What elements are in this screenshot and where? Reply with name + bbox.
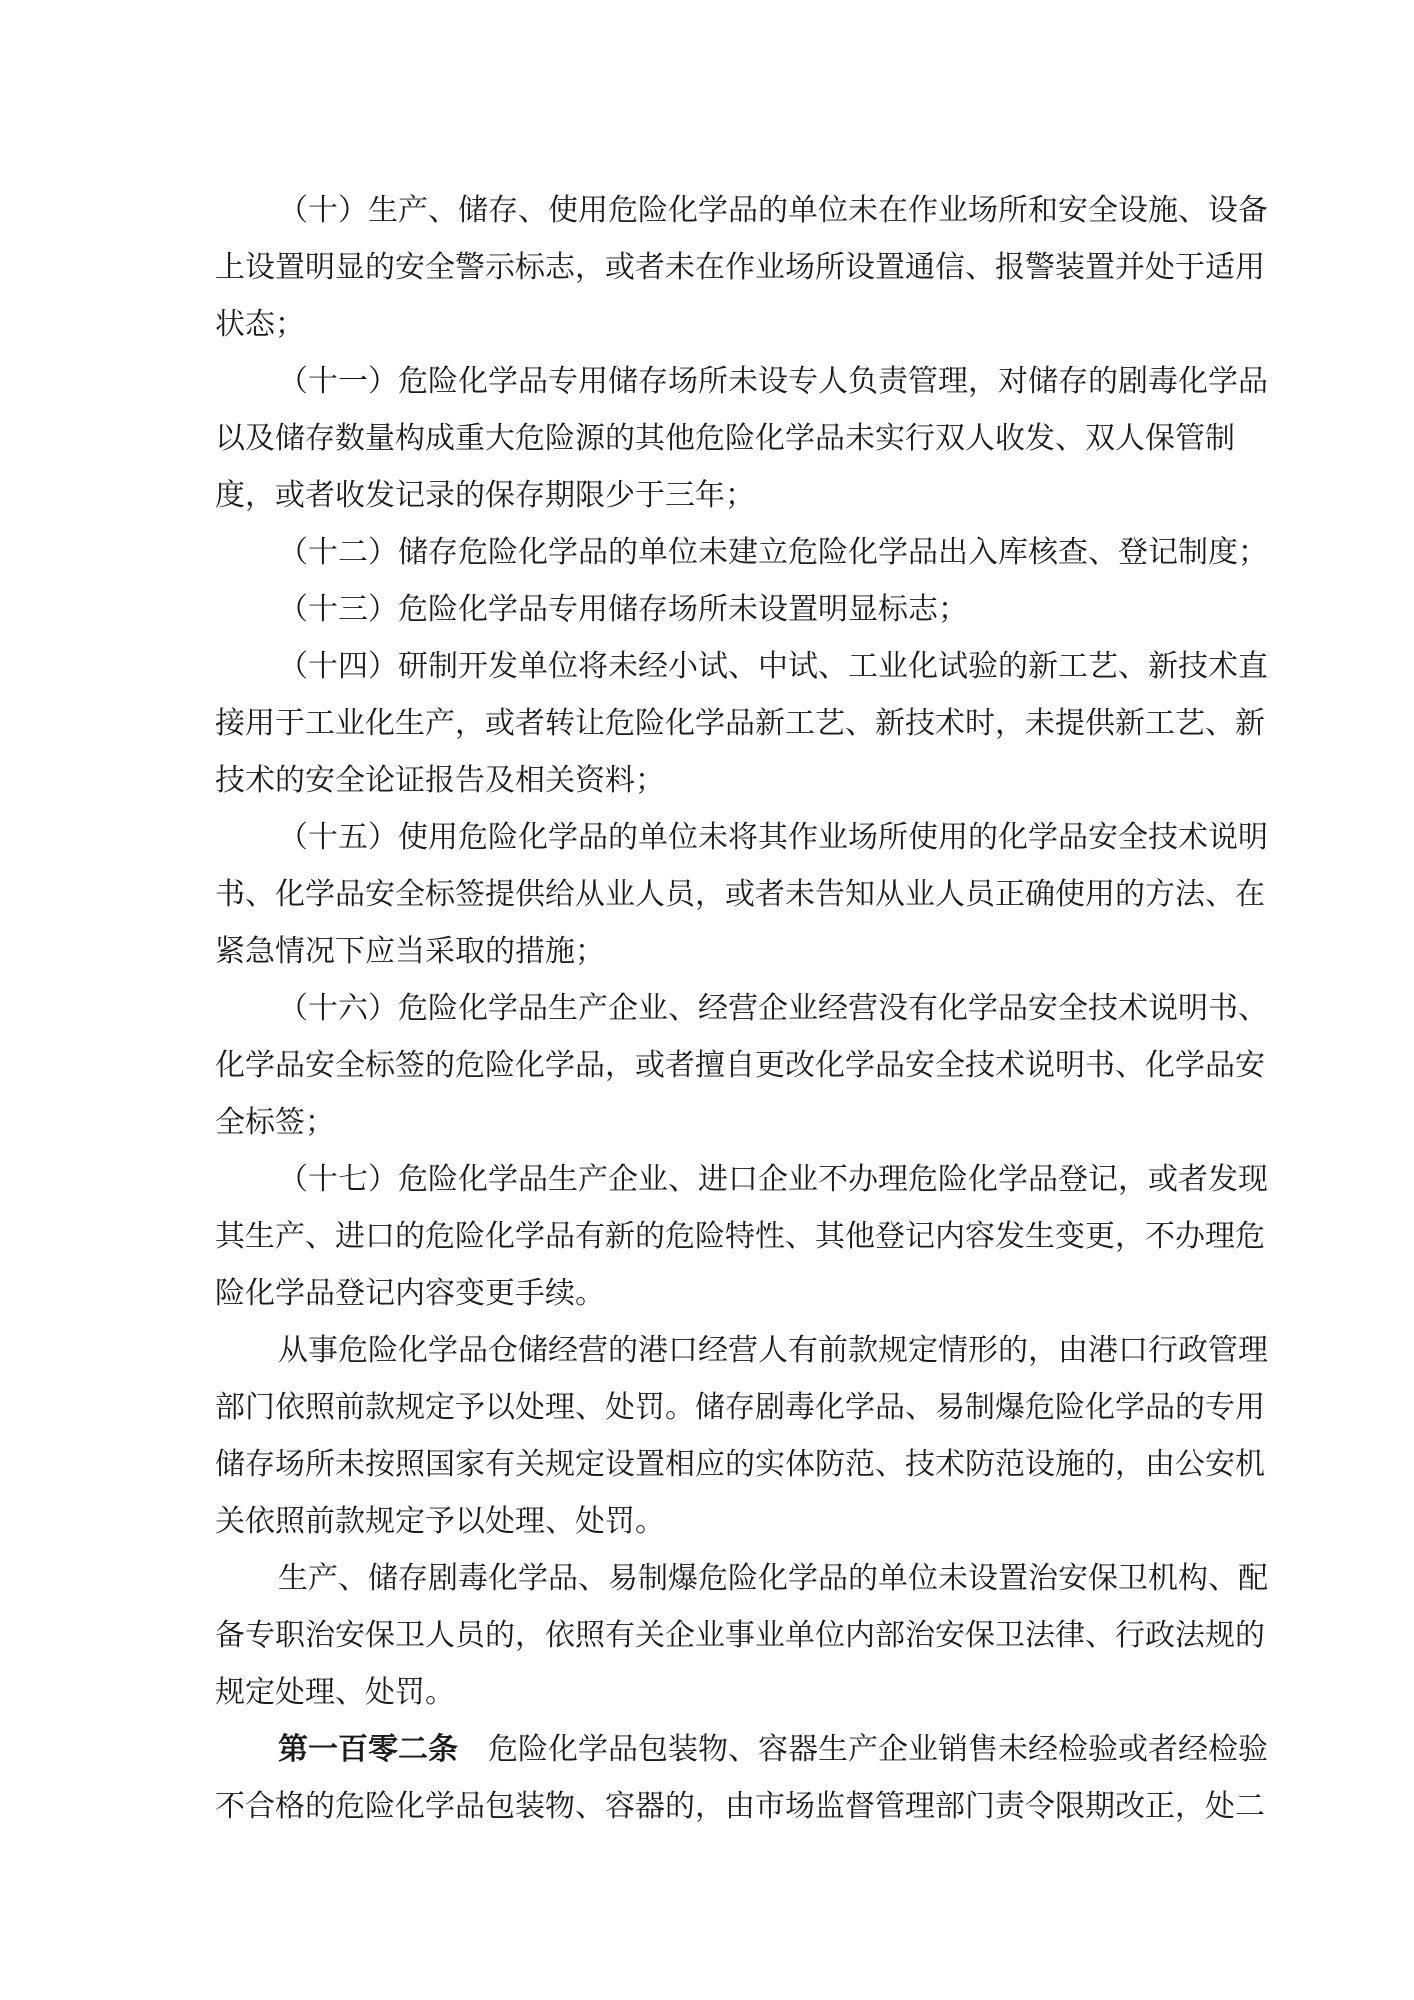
text-line: 状态； [215,296,1199,353]
article-heading: 第一百零二条 [278,1732,458,1767]
paragraph-item-17: （十七）危险化学品生产企业、进口企业不办理危险化学品登记，或者发现 其生产、进口… [215,1151,1199,1322]
paragraph-item-16: （十六）危险化学品生产企业、经营企业经营没有化学品安全技术说明书、 化学品安全标… [215,980,1199,1151]
text-line: 上设置明显的安全警示标志，或者未在作业场所设置通信、报警装置并处于适用 [215,239,1199,296]
text-line: 其生产、进口的危险化学品有新的危险特性、其他登记内容发生变更，不办理危 [215,1208,1199,1265]
text-line: 备专职治安保卫人员的，依照有关企业事业单位内部治安保卫法律、行政法规的 [215,1607,1199,1664]
text-line: 部门依照前款规定予以处理、处罚。储存剧毒化学品、易制爆危险化学品的专用 [215,1379,1199,1436]
text-line: （十一）危险化学品专用储存场所未设专人负责管理，对储存的剧毒化学品 [215,353,1199,410]
text-line: 紧急情况下应当采取的措施； [215,923,1199,980]
text-line: 关依照前款规定予以处理、处罚。 [215,1493,1199,1550]
text-line: 技术的安全论证报告及相关资料； [215,752,1199,809]
text-line: （十二）储存危险化学品的单位未建立危险化学品出入库核查、登记制度； [215,524,1199,581]
text-line: （十七）危险化学品生产企业、进口企业不办理危险化学品登记，或者发现 [215,1151,1199,1208]
text-line: （十六）危险化学品生产企业、经营企业经营没有化学品安全技术说明书、 [215,980,1199,1037]
text-line: 全标签； [215,1094,1199,1151]
text-line: 储存场所未按照国家有关规定设置相应的实体防范、技术防范设施的，由公安机 [215,1436,1199,1493]
document-page: （十）生产、储存、使用危险化学品的单位未在作业场所和安全设施、设备 上设置明显的… [215,182,1199,1835]
paragraph-item-14: （十四）研制开发单位将未经小试、中试、工业化试验的新工艺、新技术直 接用于工业化… [215,638,1199,809]
text-line: 第一百零二条危险化学品包装物、容器生产企业销售未经检验或者经检验 [215,1721,1199,1778]
paragraph-security-units: 生产、储存剧毒化学品、易制爆危险化学品的单位未设置治安保卫机构、配 备专职治安保… [215,1550,1199,1721]
paragraph-item-15: （十五）使用危险化学品的单位未将其作业场所使用的化学品安全技术说明 书、化学品安… [215,809,1199,980]
text-line: 度，或者收发记录的保存期限少于三年； [215,467,1199,524]
paragraph-item-11: （十一）危险化学品专用储存场所未设专人负责管理，对储存的剧毒化学品 以及储存数量… [215,353,1199,524]
paragraph-item-12: （十二）储存危险化学品的单位未建立危险化学品出入库核查、登记制度； [215,524,1199,581]
text-line: 接用于工业化生产，或者转让危险化学品新工艺、新技术时，未提供新工艺、新 [215,695,1199,752]
text-line: 书、化学品安全标签提供给从业人员，或者未告知从业人员正确使用的方法、在 [215,866,1199,923]
text-line: 化学品安全标签的危险化学品，或者擅自更改化学品安全技术说明书、化学品安 [215,1037,1199,1094]
paragraph-item-13: （十三）危险化学品专用储存场所未设置明显标志； [215,581,1199,638]
text-line: （十五）使用危险化学品的单位未将其作业场所使用的化学品安全技术说明 [215,809,1199,866]
text-line: （十四）研制开发单位将未经小试、中试、工业化试验的新工艺、新技术直 [215,638,1199,695]
text-line: 从事危险化学品仓储经营的港口经营人有前款规定情形的，由港口行政管理 [215,1322,1199,1379]
text-line: 规定处理、处罚。 [215,1664,1199,1721]
paragraph-item-10: （十）生产、储存、使用危险化学品的单位未在作业场所和安全设施、设备 上设置明显的… [215,182,1199,353]
text-line: 以及储存数量构成重大危险源的其他危险化学品未实行双人收发、双人保管制 [215,410,1199,467]
article-text: 危险化学品包装物、容器生产企业销售未经检验或者经检验 [488,1732,1268,1767]
text-line: （十三）危险化学品专用储存场所未设置明显标志； [215,581,1199,638]
text-line: 不合格的危险化学品包装物、容器的，由市场监督管理部门责令限期改正，处二 [215,1778,1199,1835]
text-line: 险化学品登记内容变更手续。 [215,1265,1199,1322]
paragraph-port-operator: 从事危险化学品仓储经营的港口经营人有前款规定情形的，由港口行政管理 部门依照前款… [215,1322,1199,1550]
text-line: （十）生产、储存、使用危险化学品的单位未在作业场所和安全设施、设备 [215,182,1199,239]
article-102: 第一百零二条危险化学品包装物、容器生产企业销售未经检验或者经检验 不合格的危险化… [215,1721,1199,1835]
text-line: 生产、储存剧毒化学品、易制爆危险化学品的单位未设置治安保卫机构、配 [215,1550,1199,1607]
